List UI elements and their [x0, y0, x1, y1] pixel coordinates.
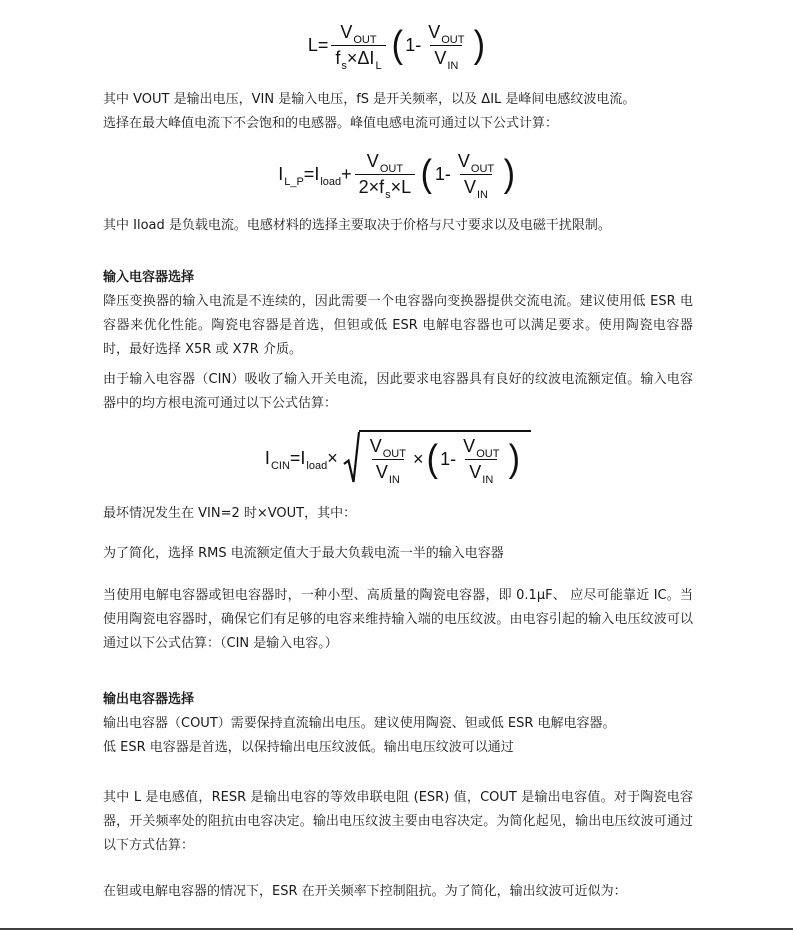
subscript-out: OUT: [353, 35, 376, 46]
symbol-V: V: [464, 177, 476, 198]
subscript-lp: L_P: [284, 177, 304, 188]
two-times-f: 2×f: [359, 177, 385, 198]
paragraph-inductor-selection: 选择在最大峰值电流下不会饱和的电感器。峰值电感电流可通过以下公式计算：: [103, 112, 693, 136]
one-minus: 1-: [405, 35, 421, 56]
subscript-in: IN: [389, 475, 400, 486]
right-paren: ): [474, 28, 485, 62]
formula-cin-rms-current: ICIN=Iload× VOUT VIN × ( 1- VOUT VIN ): [103, 428, 693, 488]
square-root: VOUT VIN × ( 1- VOUT VIN ): [343, 430, 531, 486]
equals-sign: =: [290, 448, 301, 469]
radicand: VOUT VIN × ( 1- VOUT VIN ): [359, 430, 531, 483]
fraction-vout-over-2fsl: VOUT 2×fs×L: [355, 151, 416, 198]
subscript-out: OUT: [471, 164, 494, 175]
fraction-denominator: VIN: [465, 459, 497, 483]
symbol-V: V: [434, 48, 446, 69]
fraction-vout-over-vin: VOUT VIN: [459, 436, 503, 483]
subscript-out: OUT: [383, 449, 406, 460]
paragraph-input-cap-1: 降压变换器的输入电流是不连续的，因此需要一个电容器向变换器提供交流电流。建议使用…: [103, 290, 693, 362]
subscript-load: load: [306, 461, 327, 472]
fraction-numerator: VOUT: [366, 436, 410, 459]
formula-lhs: L=: [308, 35, 329, 56]
paragraph-simplify: 为了简化，选择 RMS 电流额定值大于最大负载电流一半的输入电容器: [103, 542, 693, 566]
subscript-in: IN: [482, 475, 493, 486]
document-page: L= VOUT fs×ΔIL ( 1- VOUT VIN ) 其中 VOUT 是…: [0, 0, 793, 930]
fraction-numerator: VOUT: [336, 22, 380, 45]
equals-sign: =: [304, 164, 315, 185]
paragraph-output-cap-4: 在钽或电解电容器的情况下，ESR 在开关频率下控制阻抗。为了简化，输出纹波可近似…: [103, 880, 693, 904]
symbol-L: L: [308, 35, 318, 56]
subscript-in: IN: [447, 61, 458, 72]
paragraph-input-cap-2: 由于输入电容器（CIN）吸收了输入开关电流，因此要求电容器具有良好的纹波电流额定…: [103, 368, 693, 416]
plus-sign: +: [341, 164, 352, 185]
one-minus: 1-: [435, 164, 451, 185]
fraction-denominator: 2×fs×L: [355, 174, 416, 198]
paragraph-worst-case: 最坏情况发生在 VIN=2 时×VOUT，其中：: [103, 502, 693, 526]
paragraph-iload-definition: 其中 Iload 是负载电流。电感材料的选择主要取决于价格与尺寸要求以及电磁干扰…: [103, 214, 693, 238]
fraction-numerator: VOUT: [363, 151, 407, 174]
symbol-V: V: [469, 462, 481, 483]
subscript-out: OUT: [476, 449, 499, 460]
paragraph-variable-definitions: 其中 VOUT 是输出电压，VIN 是输入电压，fS 是开关频率，以及 ΔIL …: [103, 88, 693, 112]
paragraph-output-cap-2: 低 ESR 电容器是首选，以保持输出电压纹波低。输出电压纹波可以通过: [103, 736, 693, 760]
symbol-V: V: [370, 436, 382, 457]
fraction-numerator: VOUT: [424, 22, 468, 45]
subscript-out: OUT: [441, 35, 464, 46]
fraction-vout-over-vin: VOUT VIN: [424, 22, 468, 69]
symbol-I: I: [314, 164, 319, 185]
subscript-in: IN: [477, 190, 488, 201]
heading-output-capacitor-selection: 输出电容器选择: [103, 688, 693, 712]
times-sign: ×: [327, 448, 338, 469]
symbol-V: V: [367, 151, 379, 172]
formula-peak-inductor-current: IL_P=Iload+ VOUT 2×fs×L ( 1- VOUT VIN ): [103, 146, 693, 202]
fraction-vout-over-vin: VOUT VIN: [454, 151, 498, 198]
fraction-numerator: VOUT: [459, 436, 503, 459]
equals-sign: =: [318, 35, 329, 56]
formula-lhs: IL_P=Iload+: [278, 164, 351, 185]
symbol-I: I: [278, 164, 283, 185]
fraction-vout-over-fs-dil: VOUT fs×ΔIL: [331, 22, 385, 69]
paragraph-output-cap-1: 输出电容器（COUT）需要保持直流输出电压。建议使用陶瓷、钽或低 ESR 电解电…: [103, 712, 693, 736]
symbol-V: V: [428, 22, 440, 43]
right-paren: ): [509, 442, 520, 476]
subscript-cin: CIN: [271, 461, 290, 472]
fraction-numerator: VOUT: [454, 151, 498, 174]
symbol-I: I: [300, 448, 305, 469]
radical-icon: [343, 430, 360, 486]
times-L: ×L: [391, 177, 412, 198]
subscript-s: s: [341, 61, 347, 72]
fraction-denominator: VIN: [372, 459, 404, 483]
fraction-denominator: fs×ΔIL: [331, 45, 385, 69]
left-paren: (: [421, 157, 432, 191]
times-delta-i: ×ΔI: [347, 48, 375, 69]
formula-lhs: ICIN=Iload×: [265, 448, 338, 469]
times-sign: ×: [413, 449, 424, 470]
paragraph-input-cap-3: 当使用电解电容器或钽电容器时，一种小型、高质量的陶瓷电容器，即 0.1μF、 应…: [103, 584, 693, 656]
symbol-V: V: [376, 462, 388, 483]
subscript-out: OUT: [380, 164, 403, 175]
left-paren: (: [391, 28, 402, 62]
right-paren: ): [504, 157, 515, 191]
fraction-denominator: VIN: [460, 174, 492, 198]
one-minus: 1-: [440, 449, 456, 470]
fraction-vout-over-vin: VOUT VIN: [366, 436, 410, 483]
symbol-V: V: [340, 22, 352, 43]
symbol-f: f: [335, 48, 340, 69]
page-content: L= VOUT fs×ΔIL ( 1- VOUT VIN ) 其中 VOUT 是…: [0, 16, 793, 904]
heading-input-capacitor-selection: 输入电容器选择: [103, 266, 693, 290]
paragraph-output-cap-3: 其中 L 是电感值，RESR 是输出电容的等效串联电阻 (ESR) 值，COUT…: [103, 786, 693, 858]
formula-inductance: L= VOUT fs×ΔIL ( 1- VOUT VIN ): [103, 16, 693, 74]
symbol-V: V: [463, 436, 475, 457]
subscript-load: load: [320, 177, 341, 188]
subscript-s: s: [385, 190, 391, 201]
symbol-V: V: [458, 151, 470, 172]
subscript-l: L: [375, 61, 381, 72]
symbol-I: I: [265, 448, 270, 469]
fraction-denominator: VIN: [430, 45, 462, 69]
left-paren: (: [426, 442, 437, 476]
